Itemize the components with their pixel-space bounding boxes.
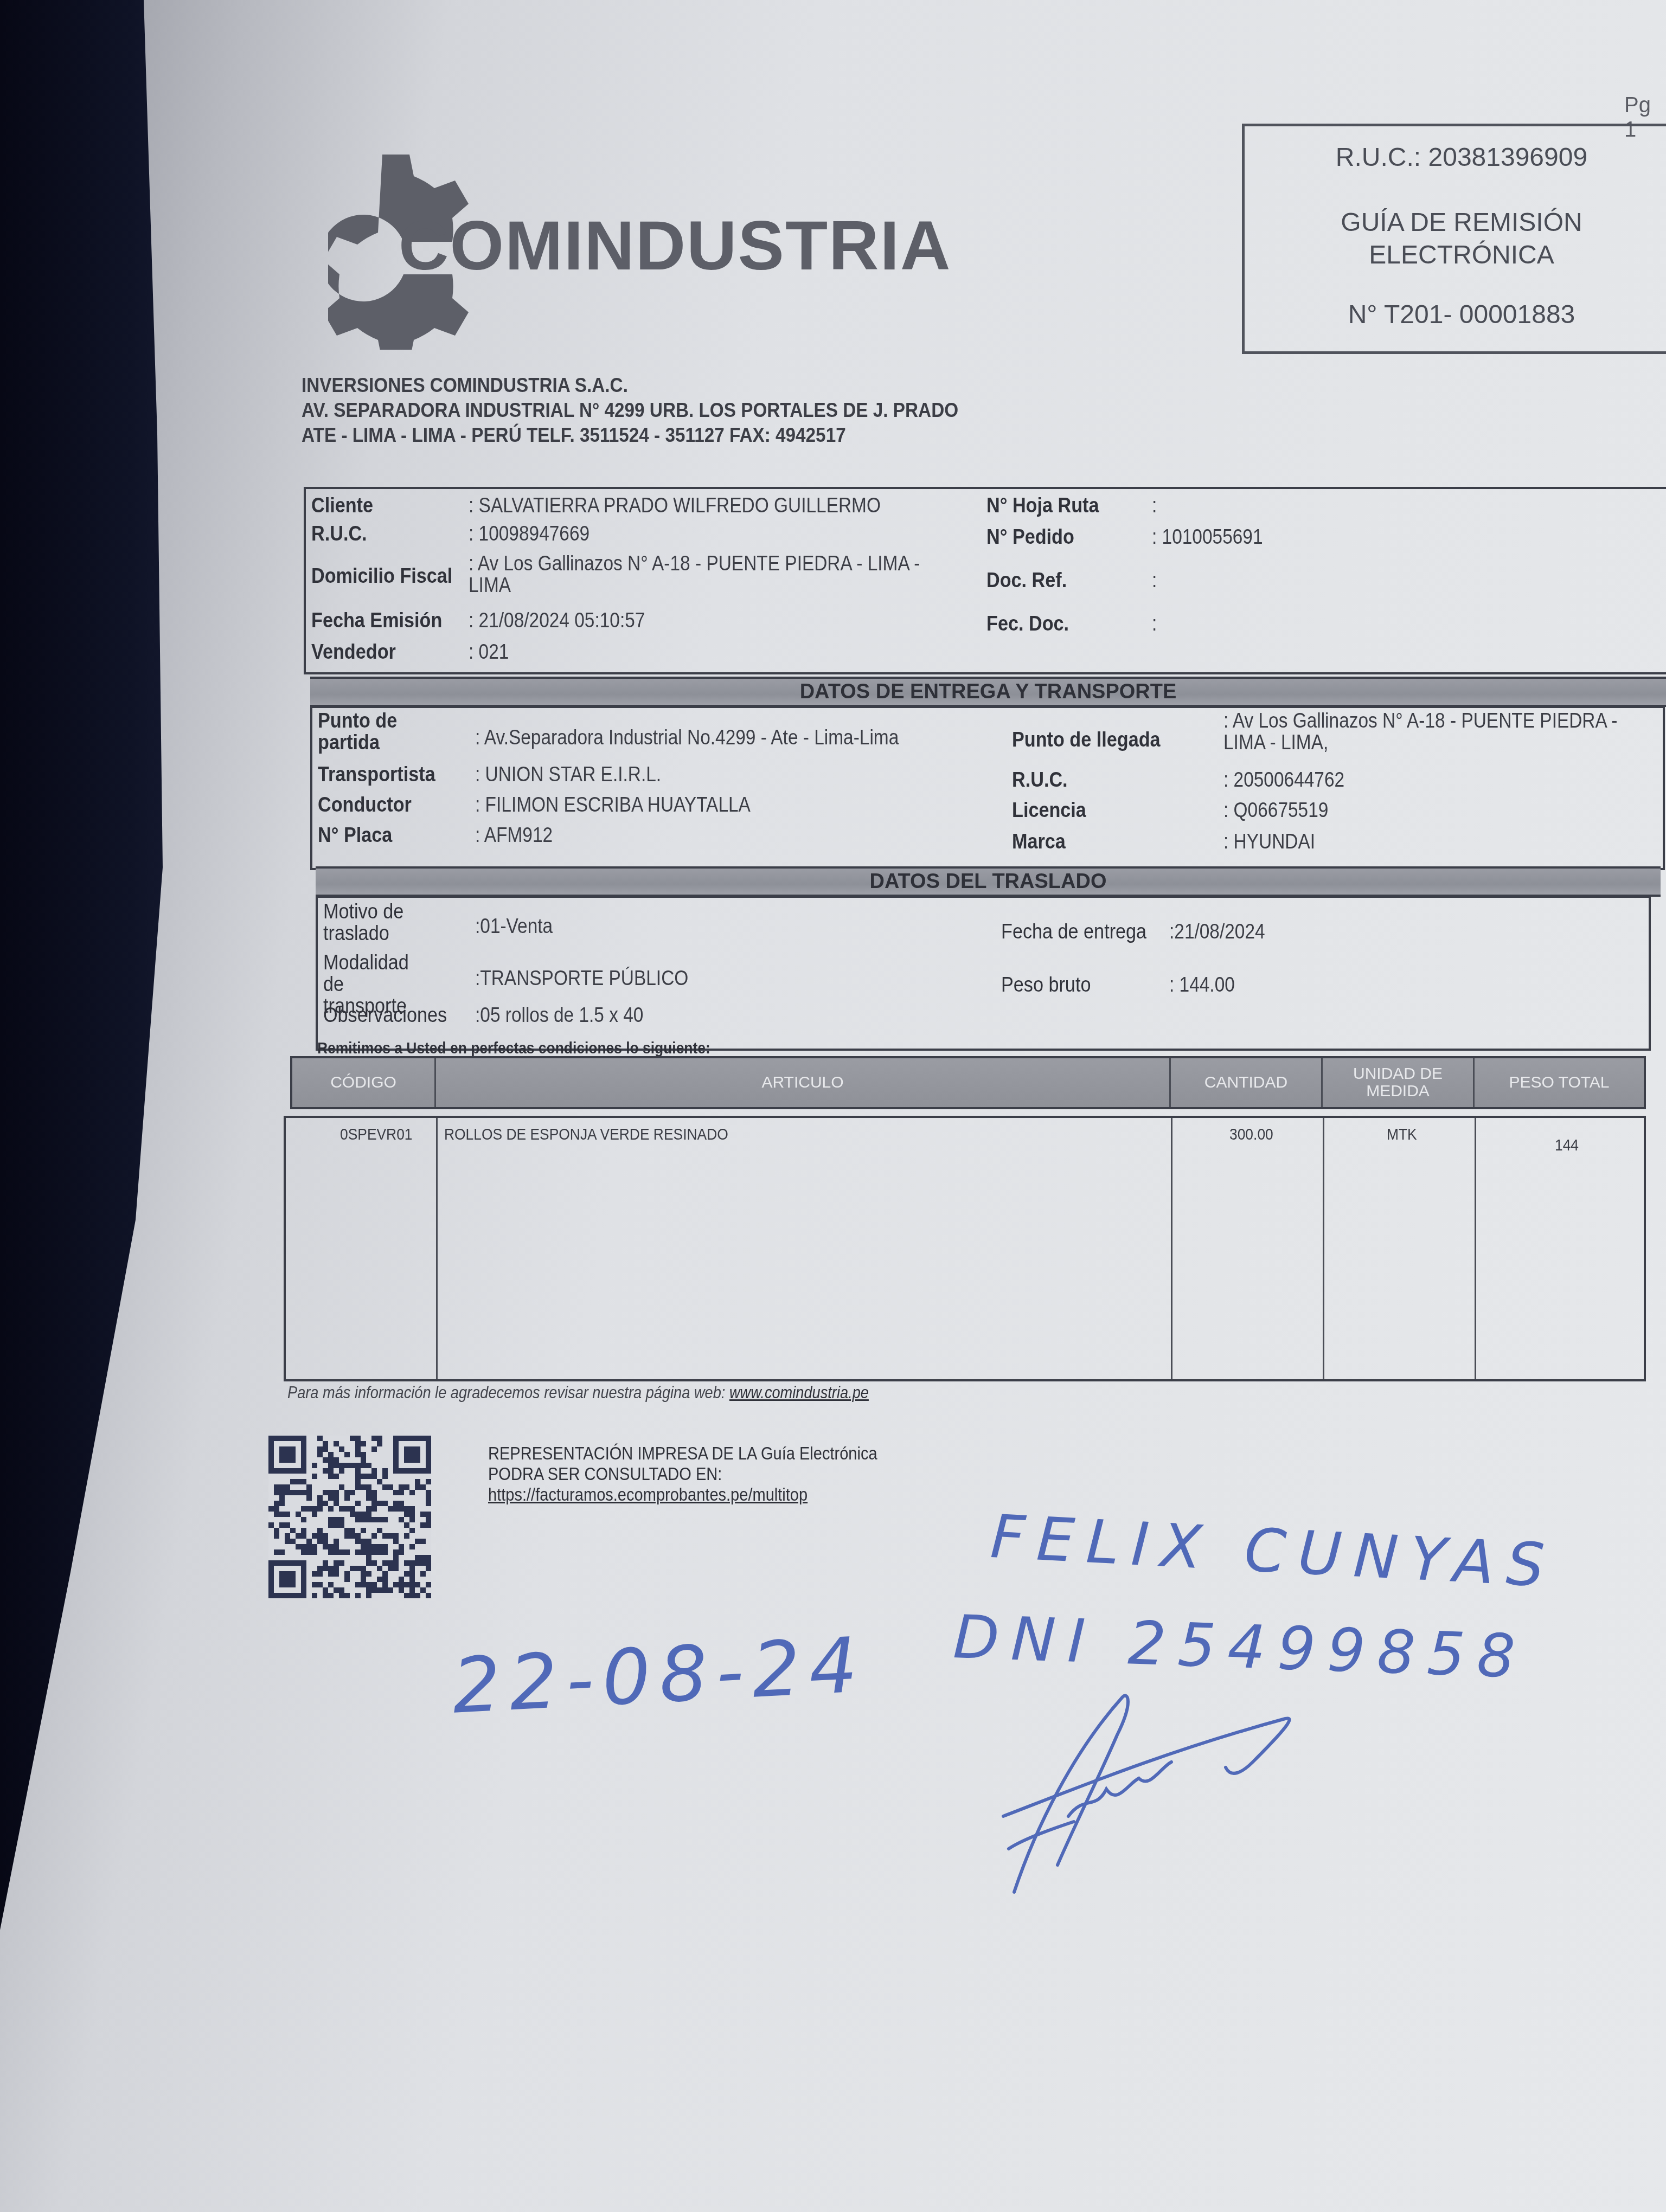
entrega-info-box: Punto de partida : Av.Separadora Industr… [310, 706, 1665, 870]
header-articulo: ARTICULO [436, 1058, 1171, 1107]
company-info: INVERSIONES COMINDUSTRIA S.A.C. AV. SEPA… [302, 373, 958, 448]
transport-ruc-value: : 20500644762 [1223, 769, 1344, 792]
hoja-ruta-value: : [1152, 494, 1157, 518]
licencia-value: : Q06675519 [1223, 799, 1328, 822]
header-peso-total: PESO TOTAL [1475, 1058, 1644, 1107]
transportista-label: Transportista [318, 763, 435, 787]
issuer-ruc: R.U.C.: 20381396909 [1245, 143, 1666, 172]
fec-doc-label: Fec. Doc. [986, 613, 1069, 636]
motivo-value: :01-Venta [475, 915, 553, 938]
document-id-box: R.U.C.: 20381396909 GUÍA DE REMISIÓN ELE… [1242, 124, 1666, 354]
header-cantidad: CANTIDAD [1171, 1058, 1323, 1107]
peso-bruto-value: : 144.00 [1169, 974, 1235, 997]
more-info-text: Para más información le agradecemos revi… [287, 1382, 869, 1403]
column-unidad [1324, 1118, 1476, 1379]
marca-label: Marca [1012, 831, 1066, 854]
hoja-ruta-label: N° Hoja Ruta [986, 494, 1099, 518]
more-info-label: Para más información le agradecemos revi… [287, 1382, 729, 1402]
cell-unidad: MTK [1387, 1126, 1417, 1144]
company-location-phone: ATE - LIMA - LIMA - PERÚ TELF. 3511524 -… [302, 423, 958, 448]
cell-articulo: ROLLOS DE ESPONJA VERDE RESINADO [444, 1126, 728, 1144]
fecha-emision-value: : 21/08/2024 05:10:57 [469, 609, 645, 633]
marca-value: : HYUNDAI [1223, 831, 1315, 854]
logo-wordmark: COMINDUSTRIA [399, 206, 952, 286]
items-intro: Remitimos a Usted en perfectas condicion… [317, 1039, 710, 1058]
observaciones-value: :05 rollos de 1.5 x 40 [475, 1004, 643, 1027]
fecha-entrega-label: Fecha de entrega [1001, 921, 1146, 944]
modalidad-value: :TRANSPORTE PÚBLICO [475, 967, 688, 991]
website-link[interactable]: www.comindustria.pe [729, 1382, 869, 1402]
doc-ref-label: Doc. Ref. [986, 569, 1067, 593]
cliente-label: Cliente [311, 494, 373, 518]
placa-label: N° Placa [318, 824, 392, 847]
cell-peso: 144 [1555, 1136, 1579, 1155]
client-info-box: Cliente : SALVATIERRA PRADO WILFREDO GUI… [304, 487, 1666, 674]
llegada-value: : Av Los Gallinazos N° A-18 - PUENTE PIE… [1223, 710, 1643, 754]
company-logo: COMINDUSTRIA [328, 144, 925, 350]
cliente-value: : SALVATIERRA PRADO WILFREDO GUILLERMO [469, 494, 881, 518]
qr-code [268, 1436, 431, 1598]
peso-bruto-label: Peso bruto [1001, 974, 1091, 997]
items-table: CÓDIGO ARTICULO CANTIDAD UNIDAD DE MEDID… [290, 1056, 1646, 1403]
vendedor-value: : 021 [469, 641, 509, 664]
company-name: INVERSIONES COMINDUSTRIA S.A.C. [302, 373, 958, 398]
handwritten-receiver-dni: DNI 25499858 [952, 1602, 1528, 1692]
electronic-representation-note: REPRESENTACIÓN IMPRESA DE LA Guía Electr… [488, 1443, 877, 1505]
domicilio-label: Domicilio Fiscal [311, 565, 452, 588]
partida-value: : Av.Separadora Industrial No.4299 - Ate… [475, 726, 899, 750]
partida-label: Punto de partida [318, 710, 435, 754]
vendedor-label: Vendedor [311, 641, 396, 664]
repr-line1: REPRESENTACIÓN IMPRESA DE LA Guía Electr… [488, 1443, 877, 1464]
domicilio-value: : Av Los Gallinazos N° A-18 - PUENTE PIE… [469, 553, 946, 596]
observaciones-label: Observaciones [323, 1004, 447, 1027]
pedido-label: N° Pedido [986, 526, 1074, 549]
column-articulo [438, 1118, 1172, 1379]
transport-ruc-label: R.U.C. [1012, 769, 1068, 792]
transportista-value: : UNION STAR E.I.R.L. [475, 763, 661, 787]
section-title-traslado: DATOS DEL TRASLADO [316, 866, 1661, 897]
column-cantidad [1172, 1118, 1324, 1379]
repr-line2: PODRA SER CONSULTADO EN: [488, 1464, 877, 1484]
signature [992, 1686, 1296, 1914]
pedido-value: : 1010055691 [1152, 526, 1263, 549]
motivo-label: Motivo de traslado [323, 901, 421, 944]
placa-value: : AFM912 [475, 824, 553, 847]
ruc-value: : 10098947669 [469, 523, 589, 546]
company-address: AV. SEPARADORA INDUSTRIAL N° 4299 URB. L… [302, 398, 958, 423]
document-title-line2: ELECTRÓNICA [1245, 239, 1666, 272]
fecha-emision-label: Fecha Emisión [311, 609, 442, 633]
handwritten-date: 22-08-24 [450, 1621, 868, 1731]
document-sheet: Pg 1 COMINDUSTRIA R.U.C.: 20381396909 GU… [0, 0, 1666, 2212]
conductor-label: Conductor [318, 794, 412, 817]
document-number: N° T201- 00001883 [1245, 300, 1666, 330]
conductor-value: : FILIMON ESCRIBA HUAYTALLA [475, 794, 751, 817]
traslado-info-box: Motivo de traslado :01-Venta Modalidad d… [316, 896, 1651, 1051]
document-title: GUÍA DE REMISIÓN ELECTRÓNICA [1245, 207, 1666, 272]
items-table-header: CÓDIGO ARTICULO CANTIDAD UNIDAD DE MEDID… [290, 1056, 1646, 1109]
items-table-body: 0SPEVR01 ROLLOS DE ESPONJA VERDE RESINAD… [284, 1116, 1646, 1381]
doc-ref-value: : [1152, 569, 1157, 593]
licencia-label: Licencia [1012, 799, 1086, 822]
handwritten-receiver-name: FELIX CUNYAS [989, 1502, 1558, 1600]
cell-cantidad: 300.00 [1229, 1126, 1273, 1144]
ruc-label: R.U.C. [311, 523, 367, 546]
header-codigo: CÓDIGO [292, 1058, 436, 1107]
column-codigo [286, 1118, 438, 1379]
document-title-line1: GUÍA DE REMISIÓN [1245, 207, 1666, 239]
section-title-entrega: DATOS DE ENTREGA Y TRANSPORTE [310, 677, 1666, 707]
consultation-link[interactable]: https://facturamos.ecomprobantes.pe/mult… [488, 1484, 877, 1505]
header-unidad: UNIDAD DE MEDIDA [1323, 1058, 1475, 1107]
cell-codigo: 0SPEVR01 [340, 1126, 413, 1144]
fecha-entrega-value: :21/08/2024 [1169, 921, 1265, 944]
fec-doc-value: : [1152, 613, 1157, 636]
llegada-label: Punto de llegada [1012, 729, 1161, 752]
